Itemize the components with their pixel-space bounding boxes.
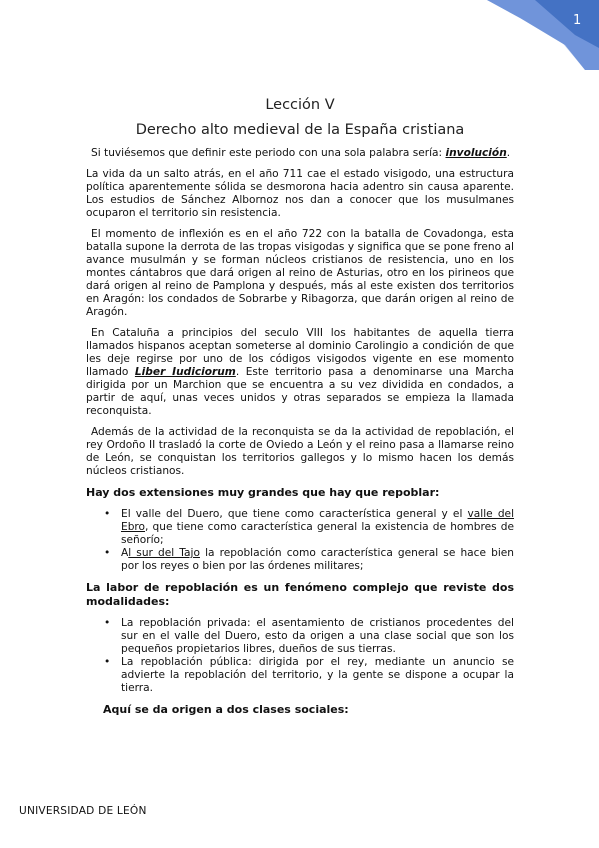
list-item: •El valle del Duero, que tiene como cara… xyxy=(121,508,514,547)
bullet-icon: • xyxy=(104,508,110,521)
heading-extensiones: Hay dos extensiones muy grandes que hay … xyxy=(86,486,514,500)
bullet-icon: • xyxy=(104,617,110,630)
list-modalidades: •La repoblación privada: el asentamiento… xyxy=(86,617,514,695)
paragraph-cataluna: En Cataluña a principios del seculo VIII… xyxy=(86,327,514,418)
intro-text-end: . xyxy=(507,147,510,159)
heading-clases-sociales: Aquí se da origen a dos clases sociales: xyxy=(103,703,514,717)
list-item: •La repoblación pública: dirigida por el… xyxy=(121,656,514,695)
intro-text: Si tuviésemos que definir este periodo c… xyxy=(91,147,445,159)
heading-modalidades: La labor de repoblación es un fenómeno c… xyxy=(86,581,514,609)
bullet-icon: • xyxy=(104,656,110,669)
document-title: Derecho alto medieval de la España crist… xyxy=(86,121,514,139)
list-text: La repoblación pública: dirigida por el … xyxy=(121,656,514,694)
list-text-end: , que tiene como característica general … xyxy=(121,521,514,546)
liber-iudiciorum-emphasis: Liber Iudiciorum xyxy=(135,366,236,378)
lesson-number: Lección V xyxy=(86,96,514,114)
document-body: Lección V Derecho alto medieval de la Es… xyxy=(86,96,514,717)
footer-institution: UNIVERSIDAD DE LEÓN xyxy=(19,805,147,817)
paragraph-visigodo: La vida da un salto atrás, en el año 711… xyxy=(86,168,514,220)
involucion-emphasis: involución xyxy=(445,147,506,159)
sur-tajo-link: l sur del Tajo xyxy=(128,547,200,559)
list-text: El valle del Duero, que tiene como carac… xyxy=(121,508,468,520)
page-number: 1 xyxy=(573,13,581,28)
corner-decoration xyxy=(0,0,599,70)
list-item: •Al sur del Tajo la repoblación como car… xyxy=(121,547,514,573)
bullet-icon: • xyxy=(104,547,110,560)
intro-paragraph: Si tuviésemos que definir este periodo c… xyxy=(86,147,514,160)
paragraph-repoblacion: Además de la actividad de la reconquista… xyxy=(86,426,514,478)
paragraph-covadonga: El momento de inflexión es en el año 722… xyxy=(86,228,514,319)
list-extensiones: •El valle del Duero, que tiene como cara… xyxy=(86,508,514,573)
list-item: •La repoblación privada: el asentamiento… xyxy=(121,617,514,656)
list-text: La repoblación privada: el asentamiento … xyxy=(121,617,514,655)
